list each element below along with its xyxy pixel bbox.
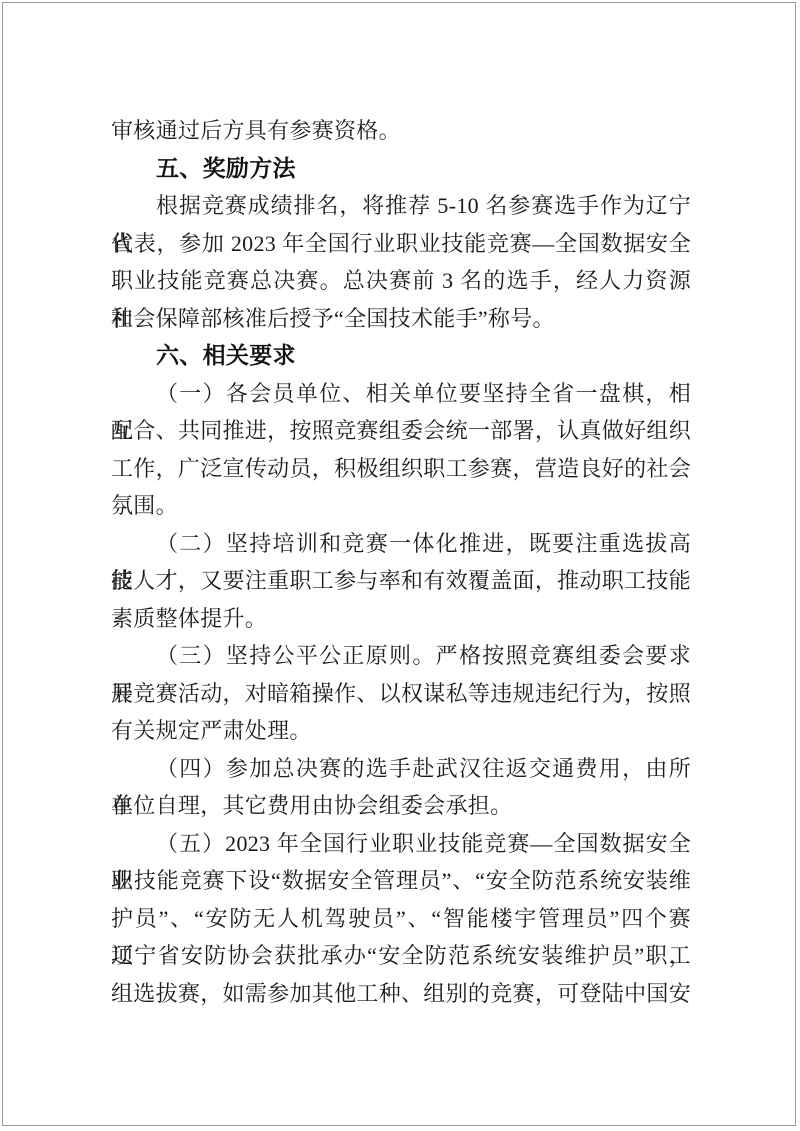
text-line: 辽宁省安防协会获批承办“安全防范系统安装维护员”职工 xyxy=(111,937,691,975)
text-line: 有关规定严肃处理。 xyxy=(111,712,691,750)
text-line: 展竞赛活动，对暗箱操作、以权谋私等违规违纪行为，按照 xyxy=(111,675,691,713)
text-line: 护员”、“安防无人机驾驶员”、“智能楼宇管理员”四个赛项， xyxy=(111,900,691,938)
text-line: 职业技能竞赛总决赛。总决赛前 3 名的选手，经人力资源和 xyxy=(111,262,691,300)
section-heading: 五、奖励方法 xyxy=(111,150,691,188)
text-line: （四）参加总决赛的选手赴武汉往返交通费用，由所在 xyxy=(111,750,691,788)
text-line: 氛围。 xyxy=(111,487,691,525)
text-line: 组选拔赛，如需参加其他工种、组别的竞赛，可登陆中国安 xyxy=(111,975,691,1013)
text-line: （五）2023 年全国行业职业技能竞赛—全国数据安全职 xyxy=(111,825,691,863)
text-line: （三）坚持公平公正原则。严格按照竞赛组委会要求开 xyxy=(111,637,691,675)
text-line: 业技能竞赛下设“数据安全管理员”、“安全防范系统安装维 xyxy=(111,862,691,900)
section-heading: 六、相关要求 xyxy=(111,337,691,375)
text-line: 单位自理，其它费用由协会组委会承担。 xyxy=(111,787,691,825)
text-line: 审核通过后方具有参赛资格。 xyxy=(111,112,691,150)
document-page: 审核通过后方具有参赛资格。五、奖励方法根据竞赛成绩排名，将推荐 5-10 名参赛… xyxy=(0,0,800,1131)
text-line: 能人才，又要注重职工参与率和有效覆盖面，推动职工技能 xyxy=(111,562,691,600)
text-line: 代表，参加 2023 年全国行业职业技能竞赛—全国数据安全 xyxy=(111,225,691,263)
text-line: 配合、共同推进，按照竞赛组委会统一部署，认真做好组织 xyxy=(111,412,691,450)
text-line: （一）各会员单位、相关单位要坚持全省一盘棋，相互 xyxy=(111,375,691,413)
text-line: 根据竞赛成绩排名，将推荐 5-10 名参赛选手作为辽宁省 xyxy=(111,187,691,225)
text-line: 社会保障部核准后授予“全国技术能手”称号。 xyxy=(111,300,691,338)
text-line: 工作，广泛宣传动员，积极组织职工参赛，营造良好的社会 xyxy=(111,450,691,488)
text-line: （二）坚持培训和竞赛一体化推进，既要注重选拔高技 xyxy=(111,525,691,563)
text-line: 素质整体提升。 xyxy=(111,600,691,638)
document-content: 审核通过后方具有参赛资格。五、奖励方法根据竞赛成绩排名，将推荐 5-10 名参赛… xyxy=(111,112,691,1012)
